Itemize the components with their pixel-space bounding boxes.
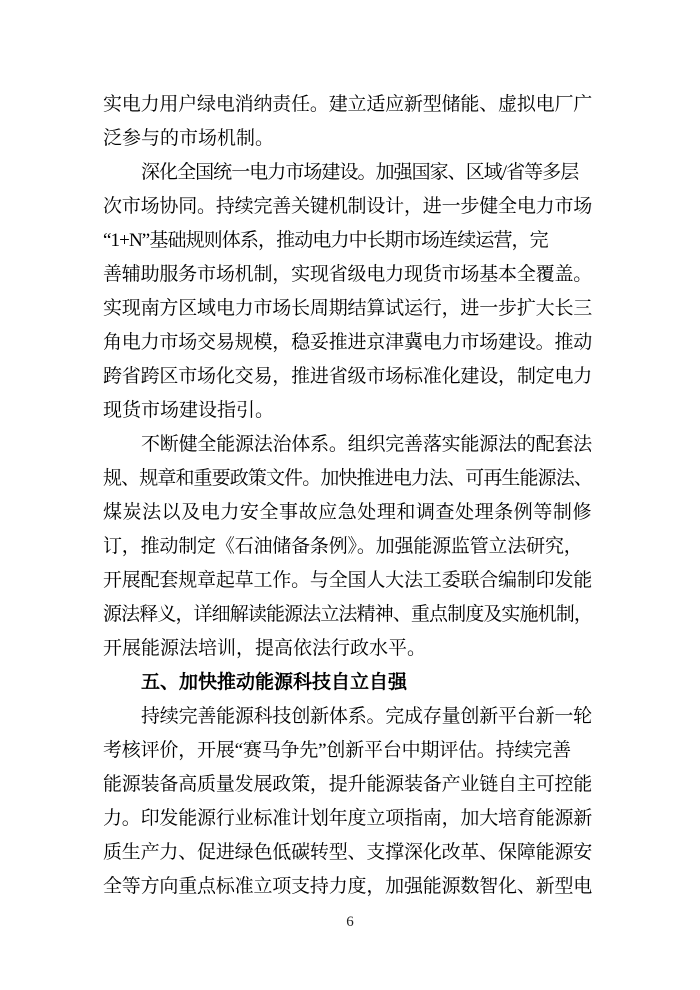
text-line: 煤炭法以及电力安全事故应急处理和调查处理条例等制修 [103, 496, 592, 530]
text-line: 不断健全能源法治体系。组织完善落实能源法的配套法 [103, 428, 592, 462]
text-line: 角电力市场交易规模，稳妥推进京津冀电力市场建设。推动 [103, 326, 592, 360]
text-line: 实电力用户绿电消纳责任。建立适应新型储能、虚拟电厂广 [103, 88, 592, 122]
text-line: 持续完善能源科技创新体系。完成存量创新平台新一轮 [103, 700, 592, 734]
text-line: 规、规章和重要政策文件。加快推进电力法、可再生能源法、 [103, 462, 592, 496]
text-line: 深化全国统一电力市场建设。加强国家、区域/省等多层 [103, 156, 592, 190]
text-line: 善辅助服务市场机制，实现省级电力现货市场基本全覆盖。 [103, 258, 592, 292]
text-line: 次市场协同。持续完善关键机制设计，进一步健全电力市场 [103, 190, 592, 224]
text-line: 全等方向重点标准立项支持力度，加强能源数智化、新型电 [103, 870, 592, 904]
page-number: 6 [0, 912, 700, 932]
text-line: 跨省跨区市场化交易，推进省级市场标准化建设，制定电力 [103, 360, 592, 394]
text-line: 考核评价，开展“赛马争先”创新平台中期评估。持续完善 [103, 734, 592, 768]
text-line: 源法释义，详细解读能源法立法精神、重点制度及实施机制， [103, 598, 592, 632]
text-line: 力。印发能源行业标准计划年度立项指南，加大培育能源新 [103, 802, 592, 836]
document-page: 实电力用户绿电消纳责任。建立适应新型储能、虚拟电厂广泛参与的市场机制。深化全国统… [0, 0, 700, 990]
text-line: “1+N”基础规则体系，推动电力中长期市场连续运营，完 [103, 224, 592, 258]
text-line: 质生产力、促进绿色低碳转型、支撑深化改革、保障能源安 [103, 836, 592, 870]
text-line: 订，推动制定《石油储备条例》。加强能源监管立法研究， [103, 530, 592, 564]
text-line: 开展能源法培训，提高依法行政水平。 [103, 632, 592, 666]
text-line: 现货市场建设指引。 [103, 394, 592, 428]
text-line: 五、加快推动能源科技自立自强 [103, 666, 592, 700]
document-body: 实电力用户绿电消纳责任。建立适应新型储能、虚拟电厂广泛参与的市场机制。深化全国统… [103, 88, 592, 904]
text-line: 能源装备高质量发展政策，提升能源装备产业链自主可控能 [103, 768, 592, 802]
text-line: 泛参与的市场机制。 [103, 122, 592, 156]
text-line: 开展配套规章起草工作。与全国人大法工委联合编制印发能 [103, 564, 592, 598]
text-line: 实现南方区域电力市场长周期结算试运行，进一步扩大长三 [103, 292, 592, 326]
